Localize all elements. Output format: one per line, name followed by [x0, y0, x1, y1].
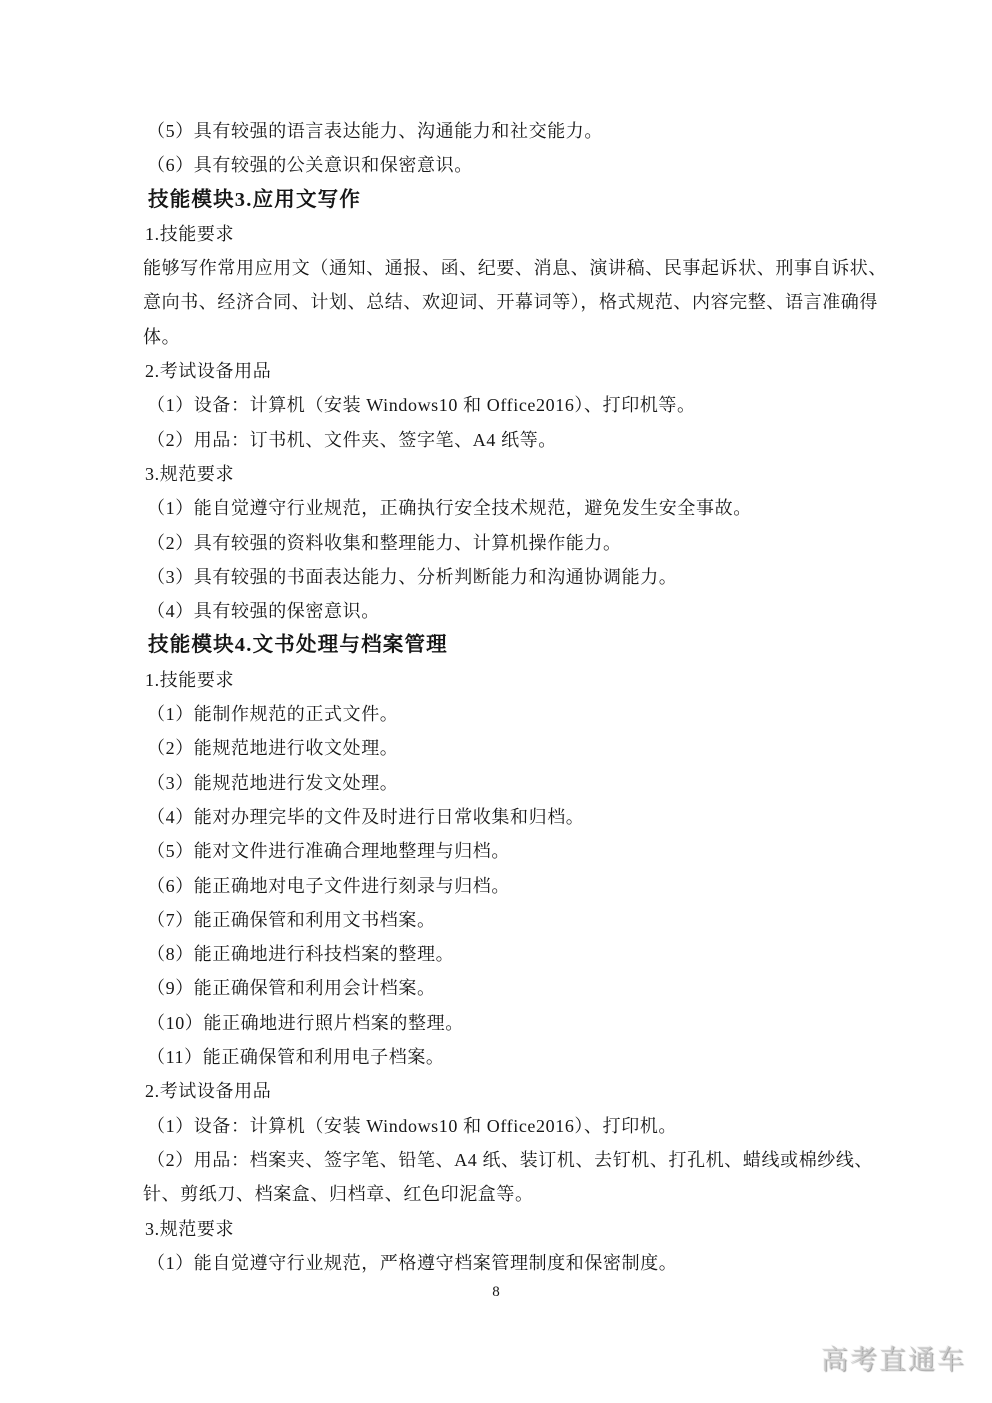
document-line: （8）能正确地进行科技档案的整理。: [143, 937, 903, 971]
document-line: 2.考试设备用品: [143, 354, 903, 388]
document-line: （2）用品：档案夹、签字笔、铅笔、A4 纸、装订机、去钉机、打孔机、蜡线或棉纱线…: [143, 1143, 903, 1177]
document-content: （5）具有较强的语言表达能力、沟通能力和社交能力。（6）具有较强的公关意识和保密…: [143, 114, 903, 1280]
document-line: 意向书、经济合同、计划、总结、欢迎词、开幕词等），格式规范、内容完整、语言准确得: [143, 285, 903, 319]
document-line: （6）具有较强的公关意识和保密意识。: [143, 148, 903, 182]
document-line: （9）能正确保管和利用会计档案。: [143, 971, 903, 1005]
document-line: （1）设备：计算机（安装 Windows10 和 Office2016）、打印机…: [143, 1109, 903, 1143]
document-line: 体。: [143, 320, 903, 354]
document-page: （5）具有较强的语言表达能力、沟通能力和社交能力。（6）具有较强的公关意识和保密…: [0, 0, 992, 1403]
document-line: （1）能自觉遵守行业规范，严格遵守档案管理制度和保密制度。: [143, 1246, 903, 1280]
document-line: 3.规范要求: [143, 1212, 903, 1246]
document-line: 能够写作常用应用文（通知、通报、函、纪要、消息、演讲稿、民事起诉状、刑事自诉状、: [143, 251, 903, 285]
section-heading: 技能模块4.文书处理与档案管理: [143, 628, 903, 662]
document-line: （5）具有较强的语言表达能力、沟通能力和社交能力。: [143, 114, 903, 148]
page-number: 8: [0, 1281, 992, 1303]
document-line: 1.技能要求: [143, 663, 903, 697]
document-line: （2）能规范地进行收文处理。: [143, 731, 903, 765]
watermark: 高考直通车: [821, 1342, 966, 1378]
document-line: 3.规范要求: [143, 457, 903, 491]
document-line: （2）用品：订书机、文件夹、签字笔、A4 纸等。: [143, 423, 903, 457]
document-line: 针、剪纸刀、档案盒、归档章、红色印泥盒等。: [143, 1177, 903, 1211]
document-line: （4）能对办理完毕的文件及时进行日常收集和归档。: [143, 800, 903, 834]
document-line: （1）能自觉遵守行业规范，正确执行安全技术规范，避免发生安全事故。: [143, 491, 903, 525]
document-line: （3）能规范地进行发文处理。: [143, 766, 903, 800]
document-line: （3）具有较强的书面表达能力、分析判断能力和沟通协调能力。: [143, 560, 903, 594]
document-line: （1）能制作规范的正式文件。: [143, 697, 903, 731]
document-line: （2）具有较强的资料收集和整理能力、计算机操作能力。: [143, 526, 903, 560]
document-line: （4）具有较强的保密意识。: [143, 594, 903, 628]
document-line: （11）能正确保管和利用电子档案。: [143, 1040, 903, 1074]
document-line: （1）设备：计算机（安装 Windows10 和 Office2016）、打印机…: [143, 388, 903, 422]
document-line: （6）能正确地对电子文件进行刻录与归档。: [143, 869, 903, 903]
document-line: 2.考试设备用品: [143, 1074, 903, 1108]
document-line: （5）能对文件进行准确合理地整理与归档。: [143, 834, 903, 868]
section-heading: 技能模块3.应用文写作: [143, 183, 903, 217]
document-line: 1.技能要求: [143, 217, 903, 251]
document-line: （10）能正确地进行照片档案的整理。: [143, 1006, 903, 1040]
document-line: （7）能正确保管和利用文书档案。: [143, 903, 903, 937]
